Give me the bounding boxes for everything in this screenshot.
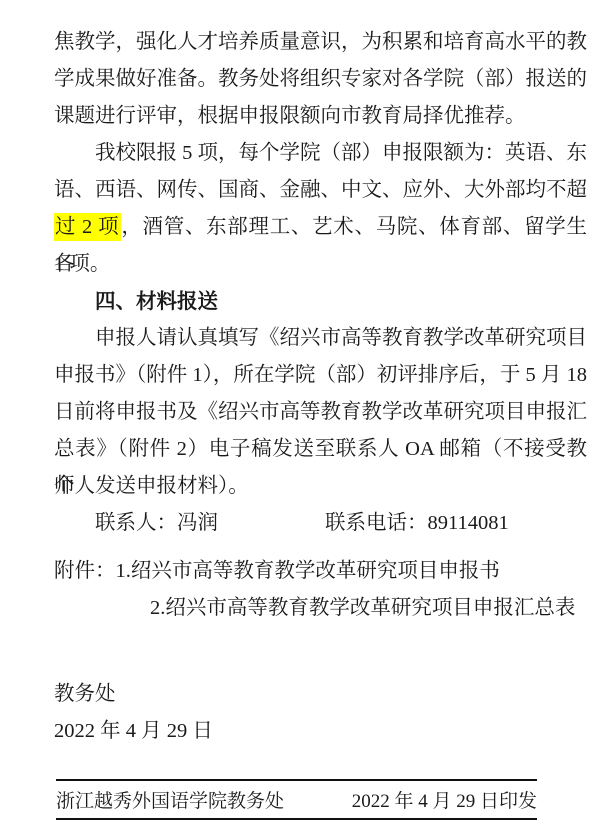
para2-line-3: 过 2 项，酒管、东部理工、艺术、马院、体育部、留学生各 [54,209,587,246]
para2-line-4: 1 项。 [54,246,587,283]
para3-line-1: 申报人请认真填写《绍兴市高等教育教学改革研究项目 [54,320,587,357]
highlighted-text: 过 2 项 [54,213,121,241]
footer-issuer: 浙江越秀外国语学院教务处 [56,786,284,813]
contact-line: 联系人：冯润联系电话：89114081 [54,505,587,542]
para3-line-3: 日前将申报书及《绍兴市高等教育教学改革研究项目申报汇 [54,394,587,431]
para1-line-2: 学成果做好准备。教务处将组织专家对各学院（部）报送的 [54,61,587,98]
contact-person: 联系人：冯润 [95,512,218,534]
document-page: 焦教学，强化人才培养质量意识，为积累和培育高水平的教 学成果做好准备。教务处将组… [0,0,613,831]
attachments-block: 附件：1.绍兴市高等教育教学改革研究项目申报书 2.绍兴市高等教育教学改革研究项… [54,553,587,627]
attachment-line-1: 附件：1.绍兴市高等教育教学改革研究项目申报书 [54,553,587,590]
para2-line-1: 我校限报 5 项，每个学院（部）申报限额为：英语、东 [54,135,587,172]
para1-line-3: 课题进行评审，根据申报限额向市教育局择优推荐。 [54,98,587,135]
footer-print-date: 2022 年 4 月 29 日印发 [352,786,537,813]
para3-line-2: 申报书》（附件 1），所在学院（部）初评排序后，于 5 月 18 [54,357,587,394]
para1-line-1: 焦教学，强化人才培养质量意识，为积累和培育高水平的教 [54,24,587,61]
para3-line-5: 个人发送申报材料）。 [54,468,587,505]
attachment-line-2: 2.绍兴市高等教育教学改革研究项目申报汇总表 [54,590,587,627]
footer-colophon: 浙江越秀外国语学院教务处 2022 年 4 月 29 日印发 [56,779,537,820]
signature-block: 教务处 2022 年 4 月 29 日 [54,676,587,750]
para3-line-4: 总表》（附件 2）电子稿发送至联系人 OA 邮箱（不接受教师 [54,431,587,468]
contact-phone: 联系电话：89114081 [325,512,509,534]
section-heading: 四、材料报送 [54,283,587,320]
signature-department: 教务处 [54,676,587,713]
signature-date: 2022 年 4 月 29 日 [54,713,587,750]
document-body: 焦教学，强化人才培养质量意识，为积累和培育高水平的教 学成果做好准备。教务处将组… [0,0,613,750]
para2-line-2: 语、西语、网传、国商、金融、中文、应外、大外部均不超 [54,172,587,209]
